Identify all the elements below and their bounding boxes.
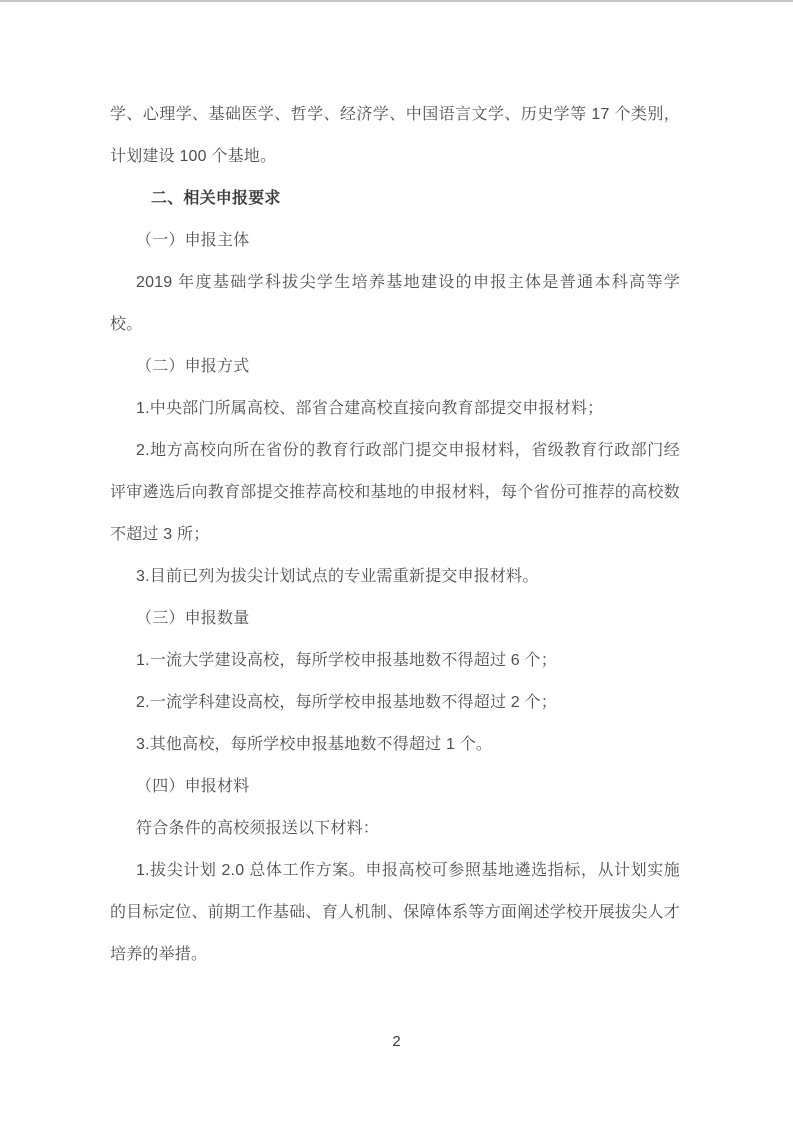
subsection-heading: （三）申报数量 [110, 598, 680, 640]
document-page: 学、心理学、基础医学、哲学、经济学、中国语言文学、历史学等 17 个类别， 计划… [0, 0, 793, 1122]
document-line: 不超过 3 所； [110, 514, 680, 556]
list-item: 3.其他高校，每所学校申报基地数不得超过 1 个。 [110, 724, 680, 766]
subsection-heading: （四）申报材料 [110, 766, 680, 808]
list-item: 1.一流大学建设高校，每所学校申报基地数不得超过 6 个； [110, 640, 680, 682]
document-line: 评审遴选后向教育部提交推荐高校和基地的申报材料，每个省份可推荐的高校数 [110, 472, 680, 514]
document-line: 学、心理学、基础医学、哲学、经济学、中国语言文学、历史学等 17 个类别， [110, 94, 680, 136]
document-line: 计划建设 100 个基地。 [110, 136, 680, 178]
document-body: 学、心理学、基础医学、哲学、经济学、中国语言文学、历史学等 17 个类别， 计划… [110, 94, 680, 976]
list-item: 1.中央部门所属高校、部省合建高校直接向教育部提交申报材料； [110, 388, 680, 430]
list-item: 2.地方高校向所在省份的教育行政部门提交申报材料，省级教育行政部门经 [110, 430, 680, 472]
section-heading: 二、相关申报要求 [110, 178, 680, 220]
page-number: 2 [0, 1032, 793, 1052]
document-line: 的目标定位、前期工作基础、育人机制、保障体系等方面阐述学校开展拔尖人才 [110, 892, 680, 934]
subsection-heading: （二）申报方式 [110, 346, 680, 388]
document-line: 培养的举措。 [110, 934, 680, 976]
document-line: 符合条件的高校须报送以下材料： [110, 808, 680, 850]
subsection-heading: （一）申报主体 [110, 220, 680, 262]
list-item: 2.一流学科建设高校，每所学校申报基地数不得超过 2 个； [110, 682, 680, 724]
list-item: 3.目前已列为拔尖计划试点的专业需重新提交申报材料。 [110, 556, 680, 598]
document-line: 校。 [110, 304, 680, 346]
list-item: 1.拔尖计划 2.0 总体工作方案。申报高校可参照基地遴选指标，从计划实施 [110, 850, 680, 892]
document-line: 2019 年度基础学科拔尖学生培养基地建设的申报主体是普通本科高等学 [110, 262, 680, 304]
